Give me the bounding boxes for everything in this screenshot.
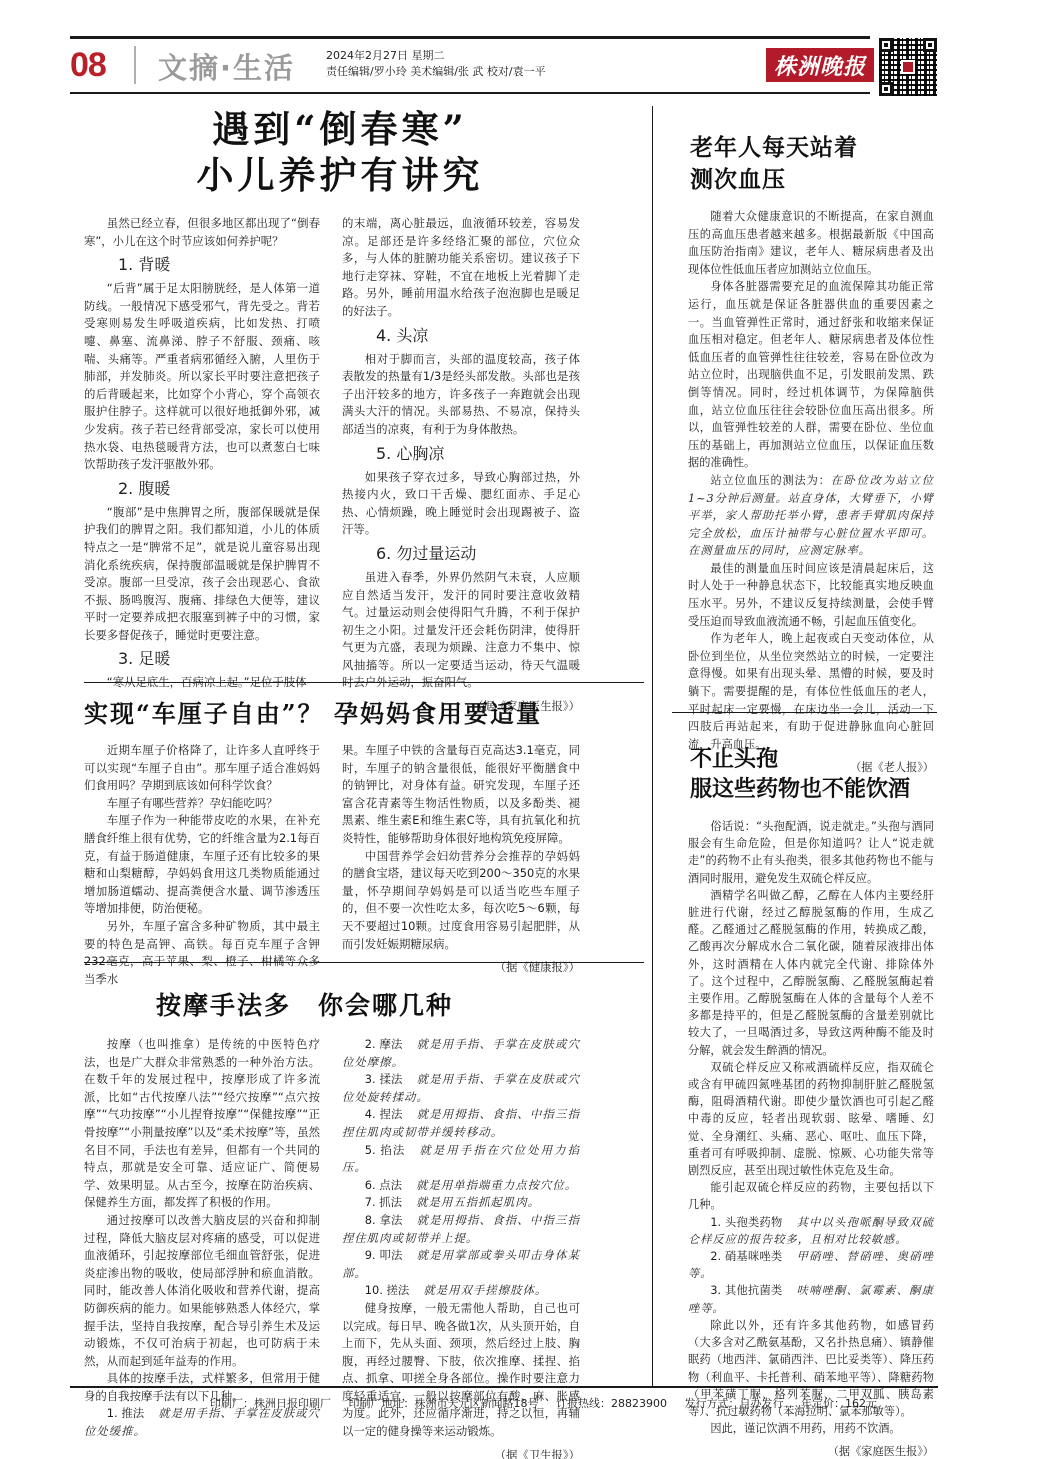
paragraph: 健身按摩，一般无需他人帮助，自己也可以完成。每日早、晚各做1次，从头顶开始，自上…	[342, 1300, 580, 1441]
paragraph: 最佳的测量血压时间应该是清晨起床后，这时人处于一种静息状态下，比较能真实地反映血…	[688, 560, 934, 630]
subheading-head-cool: 4. 头凉	[342, 321, 580, 351]
technique-desc: 就是用单指端重力点按穴位。	[416, 1178, 577, 1192]
paragraph: 酒精学名叫做乙醇，乙醇在人体内主要经肝脏进行代谢，经过乙醇脱氢酶的作用，生成乙醛…	[688, 887, 934, 1059]
footer-rule	[70, 1386, 938, 1388]
drug-class: 3. 其他抗菌类	[710, 1284, 782, 1297]
section-rule	[672, 712, 937, 713]
technique-name: 10. 搓法	[365, 1283, 410, 1297]
drug-item: 1. 头孢类药物其中以头孢哌酮导致双硫仑样反应的报告较多，且相对比较敏感。	[688, 1214, 934, 1248]
qr-finder-icon	[879, 82, 893, 96]
distribution-method: 发行方式：自办发行	[685, 1397, 784, 1410]
section-rule	[84, 962, 644, 963]
printer: 印刷厂：株洲日报印刷厂	[210, 1397, 331, 1410]
technique-desc: 就是用五指抓起肌肉。	[416, 1195, 540, 1209]
page-number: 08	[70, 46, 106, 85]
drug-class: 1. 头孢类药物	[710, 1216, 782, 1229]
title-line-2: 测次血压	[690, 164, 858, 196]
technique-name: 6. 点法	[365, 1178, 402, 1192]
qr-logo-icon	[901, 60, 915, 74]
paragraph: “寒从足底生，百病凉上起。”足位于肢体	[84, 674, 320, 692]
article-body-blood-pressure: 随着大众健康意识的不断提高，在家自测血压的高血压患者越来越多。根据最新版《中国高…	[688, 208, 934, 777]
title-line-1: 遇到“倒春寒”	[190, 106, 490, 152]
subheading-chest-cool: 5. 心胸凉	[342, 439, 580, 469]
paragraph: 车厘子有哪些营养？孕妇能吃吗？	[84, 795, 320, 813]
intro-paragraph: 虽然已经立春，但很多地区都出现了“倒春寒”，小儿在这个时节应该如何养护呢？	[84, 215, 320, 250]
drug-item: 2. 硝基咪唑类甲硝唑、替硝唑、奥硝唑等。	[688, 1248, 934, 1282]
paragraph: 近期车厘子价格降了，让许多人直呼终于可以实现“车厘子自由”。那车厘子适合准妈妈们…	[84, 742, 320, 795]
article-body-spring-cold-col1: 虽然已经立春，但很多地区都出现了“倒春寒”，小儿在这个时节应该如何养护呢？ 1.…	[84, 215, 320, 692]
technique-item: 5. 掐法就是用手指在穴位处用力掐压。	[342, 1142, 580, 1177]
paragraph: 如果孩子穿衣过多，导致心胸部过热，外热接内火，致口干舌燥、腮红面赤、手足心热、心…	[342, 469, 580, 539]
paragraph: 通过按摩可以改善大脑皮层的兴奋和抑制过程，降低大脑皮层对疼痛的感受，可以促进血液…	[84, 1212, 320, 1370]
technique-item: 3. 揉法就是用手指、手掌在皮肤或穴位处旋转揉动。	[342, 1071, 580, 1106]
article-body-spring-cold-col2: 的末端，离心脏最远，血液循环较差，容易发凉。足部还是许多经络汇聚的部位，穴位众多…	[342, 215, 580, 716]
article-title-blood-pressure: 老年人每天站着 测次血压	[690, 132, 858, 196]
subscription-hotline: 订报热线：28823900	[556, 1397, 667, 1410]
article-title-alcohol: 不止头孢 服这些药物也不能饮酒	[690, 744, 910, 804]
masthead-bottom-rule	[70, 92, 870, 94]
section-title: 文摘·生活	[158, 46, 295, 87]
qr-finder-icon	[879, 38, 893, 52]
paragraph: “腹部”是中焦脾胃之所，腹部保暖就是保护我们的脾胃之阳。我们都知道，小儿的体质特…	[84, 504, 320, 645]
paragraph: 身体各脏器需要充足的血流保障其功能正常运行，血压就是保证各脏器供血的重要因素之一…	[688, 278, 934, 472]
method-lead: 站立位血压的测法为：	[710, 474, 830, 487]
editor-credits: 责任编辑/罗小玲 美术编辑/张 武 校对/袁一平	[326, 64, 546, 80]
article-body-cherry-col2: 果。车厘子中铁的含量每百克高达3.1毫克，同时，车厘子的钠含量很低，能很好平衡膳…	[342, 742, 580, 977]
technique-item: 4. 捏法就是用拇指、食指、中指三指捏住肌肉或韧带并缓转移动。	[342, 1106, 580, 1141]
paragraph: 作为老年人，晚上起夜或白天变动体位，从卧位到坐位，从坐位突然站立的时候，一定要注…	[688, 630, 934, 753]
paragraph: 按摩（也叫推拿）是传统的中医特色疗法，也是广大群众非常熟悉的一种外治方法。在数千…	[84, 1036, 320, 1212]
subheading-belly-warm: 2. 腹暖	[84, 474, 320, 504]
paragraph: 随着大众健康意识的不断提高，在家自测血压的高血压患者越来越多。根据最新版《中国高…	[688, 208, 934, 278]
technique-desc: 就是用双手搓擦肢体。	[423, 1283, 547, 1297]
technique-name: 9. 叩法	[365, 1248, 403, 1262]
article-title-cherry: 实现“车厘子自由”？ 孕妈妈食用要适量	[84, 694, 542, 729]
paragraph: 俗话说：“头孢配酒，说走就走。”头孢与酒同服会有生命危险，但是你知道吗？让人“说…	[688, 818, 934, 887]
article-source: （据《家庭医生报》）	[688, 1443, 934, 1459]
paragraph: 果。车厘子中铁的含量每百克高达3.1毫克，同时，车厘子的钠含量很低，能很好平衡膳…	[342, 742, 580, 848]
technique-name: 3. 揉法	[365, 1072, 403, 1086]
technique-name: 8. 拿法	[365, 1213, 403, 1227]
title-line-1: 不止头孢	[690, 744, 910, 774]
technique-item: 8. 拿法就是用拇指、食指、中指三指捏住肌肉或韧带并上提。	[342, 1212, 580, 1247]
technique-item: 6. 点法就是用单指端重力点按穴位。	[342, 1177, 580, 1195]
qr-code-icon[interactable]	[879, 38, 937, 96]
paragraph: 相对于脚而言，头部的温度较高，孩子体表散发的热量有1/3是经头部发散。头部也是孩…	[342, 351, 580, 439]
qr-finder-icon	[923, 38, 937, 52]
issue-date: 2024年2月27日 星期二	[326, 48, 445, 64]
technique-name: 7. 抓法	[365, 1195, 402, 1209]
paragraph: 虽进入春季，外界仍然阴气未衰，人应顺应自然适当发汗，发汗的同时要注意收敛精气。过…	[342, 569, 580, 692]
technique-item: 9. 叩法就是用掌部或拳头叩击身体某部。	[342, 1247, 580, 1282]
technique-name: 4. 捏法	[365, 1107, 403, 1121]
section-rule	[84, 682, 644, 683]
paragraph: 双硫仑样反应又称戒酒硫样反应，指双硫仑或含有甲硫四氮唑基团的药物抑制肝脏乙醛脱氢…	[688, 1059, 934, 1179]
subheading-no-overexercise: 6. 勿过量运动	[342, 539, 580, 569]
printer-address: 印刷厂地址：株洲市天元区新闻路18号	[349, 1397, 539, 1410]
title-line-1: 老年人每天站着	[690, 132, 858, 164]
article-title-massage: 按摩手法多 你会哪几种	[156, 986, 453, 1022]
paragraph: 车厘子作为一种能带皮吃的水果，在补充膳食纤维上很有优势，它的纤维含量为2.1每百…	[84, 812, 320, 918]
paragraph: 站立位血压的测法为：在卧位改为站立位1~3分钟后测量。站直身体，大臂垂下，小臂平…	[688, 472, 934, 560]
article-body-massage-col1: 按摩（也叫推拿）是传统的中医特色疗法，也是广大群众非常熟悉的一种外治方法。在数千…	[84, 1036, 320, 1441]
article-title-spring-cold: 遇到“倒春寒” 小儿养护有讲究	[190, 106, 490, 198]
column-divider	[652, 106, 653, 1386]
imprint-footer: 印刷厂：株洲日报印刷厂 印刷厂地址：株洲市天元区新闻路18号 订报热线：2882…	[210, 1395, 891, 1411]
masthead-divider	[134, 46, 136, 84]
paragraph: 的末端，离心脏最远，血液循环较差，容易发凉。足部还是许多经络汇聚的部位，穴位众多…	[342, 215, 580, 321]
drug-item: 3. 其他抗菌类呋喃唑酮、氯霉素、酮康唑等。	[688, 1282, 934, 1316]
paragraph: “后背”属于足太阳膀胱经，是人体第一道防线。一般情况下感受邪气，背先受之。背若受…	[84, 280, 320, 474]
title-line-2: 服这些药物也不能饮酒	[690, 774, 910, 804]
paragraph: 能引起双硫仑样反应的药物，主要包括以下几种。	[688, 1179, 934, 1213]
paragraph: 另外，车厘子富含多种矿物质，其中最主要的特色是高钾、高铁。每百克车厘子含钾232…	[84, 918, 320, 988]
article-body-cherry-col1: 近期车厘子价格降了，让许多人直呼终于可以实现“车厘子自由”。那车厘子适合准妈妈们…	[84, 742, 320, 988]
title-line-2: 小儿养护有讲究	[190, 152, 490, 198]
subheading-feet-warm: 3. 足暖	[84, 644, 320, 674]
technique-item: 7. 抓法就是用五指抓起肌肉。	[342, 1194, 580, 1212]
newspaper-logo: 株洲晚报	[766, 48, 874, 82]
article-source: （据《卫生报》）	[342, 1447, 580, 1459]
paragraph: 因此，谨记饮酒不用药，用药不饮酒。	[688, 1420, 934, 1437]
technique-item: 2. 摩法就是用手指、手掌在皮肤或穴位处摩擦。	[342, 1036, 580, 1071]
paragraph: 中国营养学会妇幼营养分会推荐的孕妈妈的膳食宝塔，建议每天吃到200～350克的水…	[342, 848, 580, 954]
masthead-top-rule	[70, 36, 870, 39]
drug-class: 2. 硝基咪唑类	[710, 1250, 782, 1263]
technique-name: 1. 推法	[107, 1406, 144, 1420]
annual-price: 年定价：162元	[801, 1397, 877, 1410]
technique-name: 5. 掐法	[365, 1143, 406, 1157]
subheading-back-warm: 1. 背暖	[84, 250, 320, 280]
article-body-alcohol: 俗话说：“头孢配酒，说走就走。”头孢与酒同服会有生命危险，但是你知道吗？让人“说…	[688, 818, 934, 1459]
technique-name: 2. 摩法	[365, 1037, 403, 1051]
technique-item: 10. 搓法就是用双手搓擦肢体。	[342, 1282, 580, 1300]
